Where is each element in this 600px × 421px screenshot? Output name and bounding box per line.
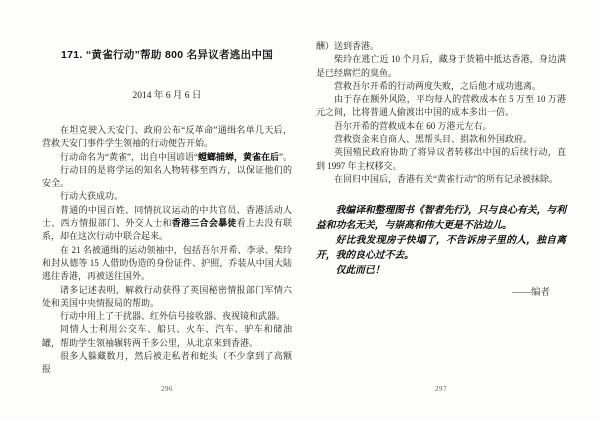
- paragraph-text: 行动命名为“黄雀”，出自中国谚语“: [60, 152, 198, 162]
- article-body-right: 酬）送到香港。 柴玲在逃亡近 10 个月后，藏身于货箱中抵达香港，身边满是已经腐…: [316, 40, 566, 186]
- paragraph: 行动中用上了干扰器、红外信号接收器、夜视镜和武器。: [42, 310, 292, 323]
- page-right: 酬）送到香港。 柴玲在逃亡近 10 个月后，藏身于货箱中抵达香港，身边满是已经腐…: [316, 0, 566, 421]
- editor-note-paragraph: 好比我发现房子快塌了，不告诉房子里的人，独自离开，我的良心过不去。: [316, 233, 566, 263]
- book-spread: 171. “黄雀行动”帮助 800 名异议者逃出中国 2014 年 6 月 6 …: [0, 0, 600, 421]
- paragraph: 行动命名为“黄雀”，出自中国谚语“螳螂捕蝉，黄雀在后”。: [42, 151, 292, 164]
- paragraph: 在 21 名被通缉的运动领袖中，包括吾尔开希、李录、柴玲和封从德等 15 人借助…: [42, 244, 292, 284]
- editor-note: 我编译和整理图书《智者先行》，只与良心有关，与利益和功名无关，与崇高和伟大更是不…: [316, 203, 566, 301]
- paragraph-continuation: 酬）送到香港。: [316, 40, 566, 53]
- paragraph: 普通的中国百姓、同情抗议运动的中共官员、香港活动人士、西方情报部门、外交人士和香…: [42, 204, 292, 244]
- editor-note-paragraph: 仅此而已！: [316, 263, 566, 278]
- paragraph: 在回归中国后，香港有关“黄雀行动”的所有记录被抹除。: [316, 173, 566, 186]
- article-date: 2014 年 6 月 6 日: [42, 87, 292, 101]
- paragraph: 营救吾尔开希的行动两度失败，之后他才成功逃离。: [316, 80, 566, 93]
- paragraph: 在坦克驶入天安门、政府公布“反革命”通缉名单几天后，营救天安门事件学生领袖的行动…: [42, 124, 292, 151]
- paragraph: 英国殖民政府协助了将异议者转移出中国的后续行动，直到 1997 年主权移交。: [316, 146, 566, 173]
- bold-phrase: 螳螂捕蝉，黄雀在后: [198, 152, 279, 162]
- paragraph: 诸多记述表明，解救行动获得了英国秘密情报部门军情六处和美国中央情报局的帮助。: [42, 284, 292, 311]
- article-body-left: 在坦克驶入天安门、政府公布“反革命”通缉名单几天后，营救天安门事件学生领袖的行动…: [42, 124, 292, 377]
- paragraph: 行动大获成功。: [42, 190, 292, 203]
- paragraph: 很多人躲藏数月，然后被走私者和蛇头（不少拿到了高额报: [42, 350, 292, 377]
- page-number-right: 297: [316, 385, 566, 393]
- paragraph: 吾尔开希的营救成本在 60 万港元左右。: [316, 120, 566, 133]
- paragraph: 营救资金来自商人、黑帮头目、捐款和外国政府。: [316, 133, 566, 146]
- paragraph-text: ”。: [279, 152, 292, 162]
- paragraph: 由于存在额外风险，平均每人的营救成本在 5 万至 10 万港元之间，比将普通人偷…: [316, 93, 566, 120]
- paragraph: 柴玲在逃亡近 10 个月后，藏身于货箱中抵达香港，身边满是已经腐烂的臭鱼。: [316, 53, 566, 80]
- page-number-left: 296: [42, 385, 292, 393]
- paragraph: 同情人士利用公交车、船只、火车、汽车、驴车和储油罐，帮助学生领袖辗转两千多公里，…: [42, 323, 292, 350]
- article-title: 171. “黄雀行动”帮助 800 名异议者逃出中国: [42, 47, 292, 62]
- editor-note-paragraph: 我编译和整理图书《智者先行》，只与良心有关，与利益和功名无关，与崇高和伟大更是不…: [316, 203, 566, 233]
- page-left: 171. “黄雀行动”帮助 800 名异议者逃出中国 2014 年 6 月 6 …: [42, 0, 292, 421]
- paragraph: 行动目的是将学运的知名人物转移至西方，以保证他们的安全。: [42, 164, 292, 191]
- bold-phrase: 香港三合会暴徒: [172, 218, 237, 228]
- editor-signature: ——编者: [316, 286, 566, 301]
